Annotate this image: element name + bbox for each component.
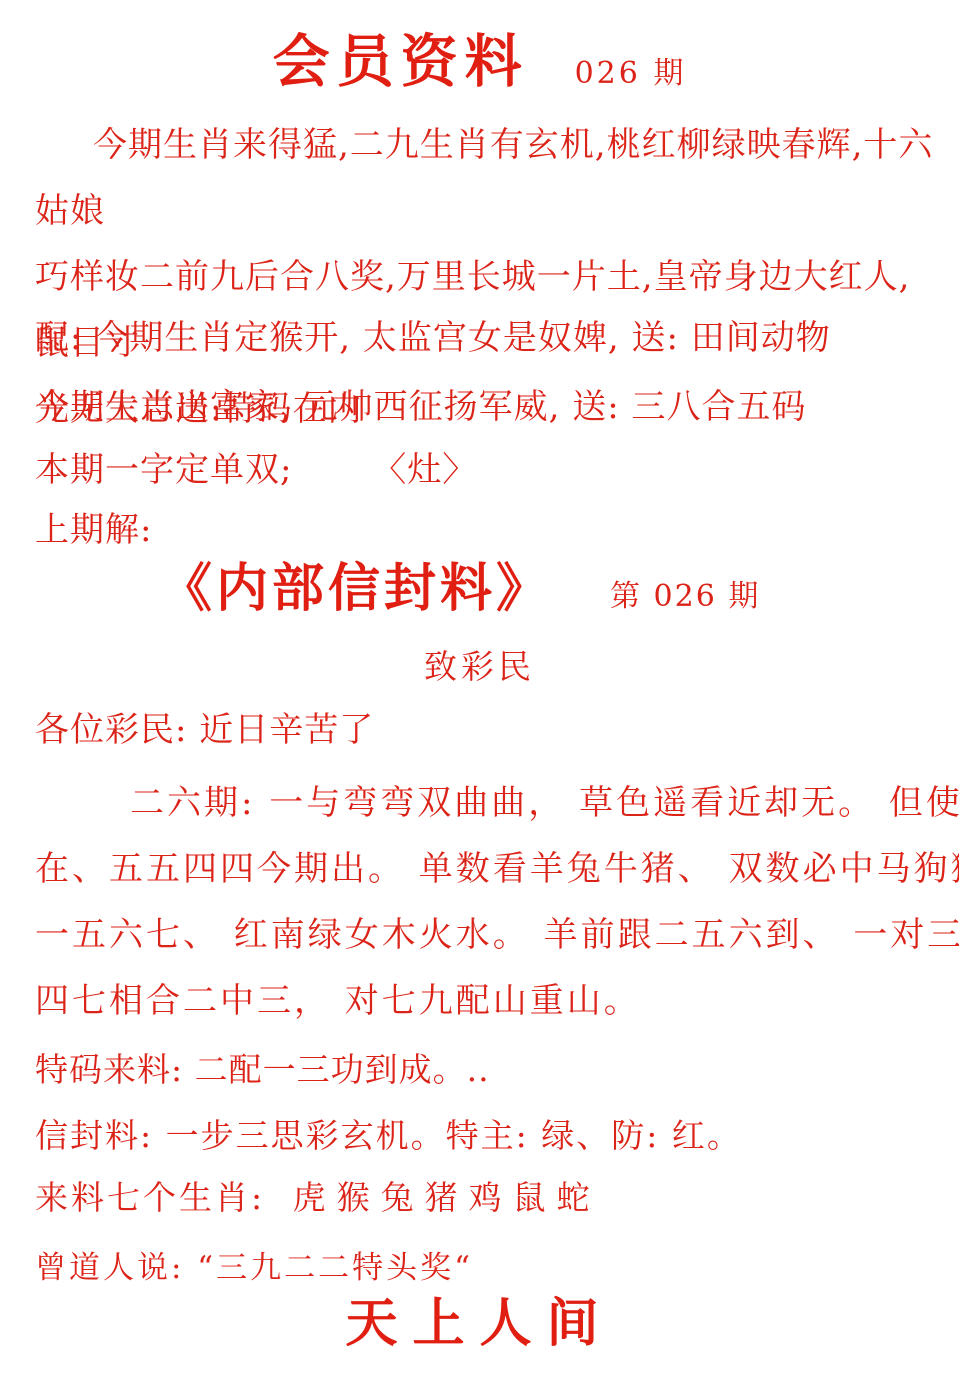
seven-zodiac-value: 虎猴兔猪鸡鼠蛇 — [293, 1178, 601, 1217]
body-line-4: 四七相合二中三， 对七九配山重山。 — [35, 968, 941, 1034]
odd-even-label: 本期一字定单双; — [35, 450, 292, 490]
body-line-2: 在、五五四四今期出。 单数看羊兔牛猪、 双数必中马狗猴， 上期寻 — [35, 836, 941, 902]
envelope-issue-number: 第 026 期 — [610, 582, 760, 626]
salutation: 致彩民 — [0, 645, 959, 689]
envelope-material-line: 信封料: 一步三思彩玄机。特主: 绿、防: 红。 — [35, 1116, 937, 1156]
special-code-line: 特码来料: 二配一三功到成。.. — [35, 1050, 937, 1090]
envelope-headline-row: 《内部信封料》 第 026 期 — [160, 552, 760, 626]
member-info-sheet: 会员资料 026 期 今期生肖来得猛,二九生肖有玄机,桃红柳绿映春辉,十六姑娘 … — [0, 0, 959, 1388]
seven-zodiac-line: 来料七个生肖: 虎猴兔猪鸡鼠蛇 — [35, 1178, 937, 1218]
footer-title: 天上人间 — [0, 1292, 959, 1356]
issue-number: 026 期 — [575, 59, 687, 96]
body-paragraph: 二六期: 一与弯弯双曲曲， 草色遥看近却无。 但使龙城飞将 在、五五四四今期出。… — [35, 770, 941, 1034]
page-title-row: 会员资料 026 期 — [0, 28, 959, 96]
greeting-line: 各位彩民: 近日辛苦了 — [35, 710, 937, 750]
body-line-1: 二六期: 一与弯弯双曲曲， 草色遥看近却无。 但使龙城飞将 — [35, 770, 941, 836]
quote-line: 曾道人说: “三九二二特头奖“ — [35, 1248, 937, 1288]
zodiac-match-line: 配: 今期生肖定猴开, 太监宫女是奴婢, 送: 田间动物 — [35, 318, 937, 358]
intro-line-1: 今期生肖来得猛,二九生肖有玄机,桃红柳绿映春辉,十六姑娘 — [35, 112, 937, 244]
envelope-title: 《内部信封料》 — [160, 552, 552, 626]
odd-even-value: 〈灶〉 — [372, 450, 477, 490]
odd-even-line: 本期一字定单双; 〈灶〉 — [35, 450, 937, 490]
rich-family-line: 今期生肖出富家, 元帅西征扬军威, 送: 三八合五码 — [35, 387, 937, 427]
previous-issue-label: 上期解: — [35, 510, 937, 550]
page-title: 会员资料 — [273, 28, 529, 96]
body-line-3: 一五六七、 红南绿女木火水。 羊前跟二五六到、 一对三七终点来、 — [35, 902, 941, 968]
seven-zodiac-label: 来料七个生肖: — [35, 1178, 265, 1217]
